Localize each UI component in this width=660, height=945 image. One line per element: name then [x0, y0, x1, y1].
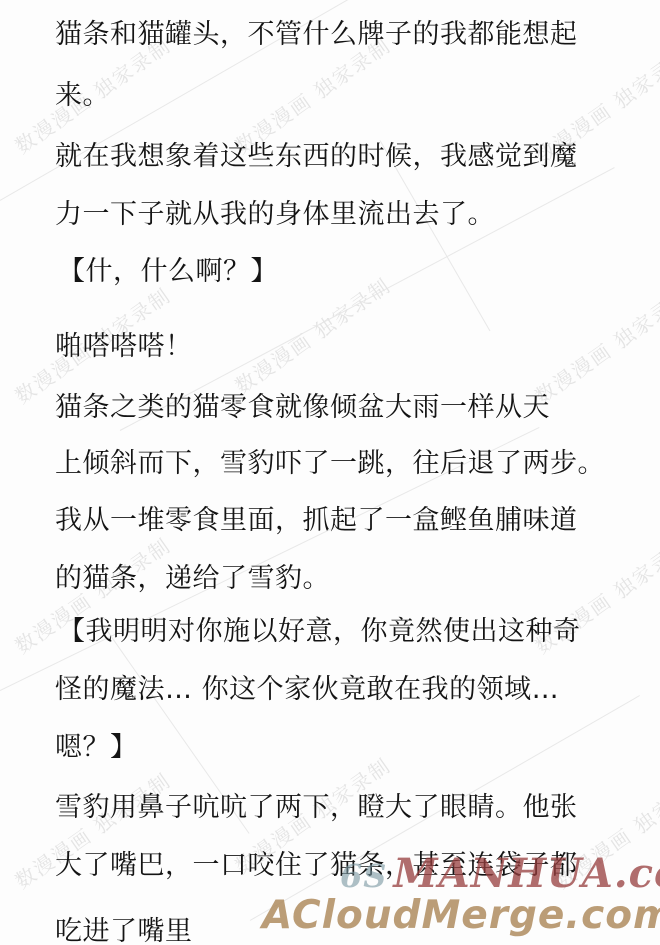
dialogue-line: 嗯？】 — [55, 731, 138, 765]
dialogue-line: 【什，什么啊？】 — [58, 255, 278, 289]
text-line: 猫条和猫罐头，不管什么牌子的我都能想起 — [55, 18, 578, 52]
text-line: 上倾斜而下，雪豹吓了一跳，往后退了两步。 — [55, 447, 605, 481]
document-page: 数漫漫画 独家录制 数漫漫画 独家录制 数漫漫画 独家录制 数漫漫画 独家录制 … — [0, 0, 660, 945]
text-line: 吃进了嘴里 — [55, 915, 193, 945]
text-line: 就在我想象着这些东西的时候，我感觉到魔 — [55, 140, 578, 174]
site-watermark-bottom: ACloudMerge.com — [262, 893, 660, 938]
watermark-prefix: 6S — [340, 857, 387, 895]
background-watermark: 数漫漫画 独家录制 — [228, 270, 396, 399]
text-line: 力一下子就从我的身体里流出去了。 — [55, 198, 495, 232]
dialogue-line: 【我明明对你施以好意，你竟然使出这种奇 — [58, 615, 581, 649]
dialogue-line: 怪的魔法… 你这个家伙竟敢在我的领域… — [55, 673, 559, 707]
sound-effect-line: 啪嗒嗒嗒！ — [55, 330, 193, 364]
site-watermark-top: 6SMANHUA.com — [340, 850, 660, 897]
text-line: 雪豹用鼻子吭吭了两下，瞪大了眼睛。他张 — [55, 791, 578, 825]
text-line: 的猫条，递给了雪豹。 — [55, 562, 330, 596]
text-line: 我从一堆零食里面，抓起了一盒鲣鱼脯味道 — [55, 504, 578, 538]
background-watermark: 数漫漫画 独家录制 — [528, 280, 660, 409]
text-line: 猫条之类的猫零食就像倾盆大雨一样从天 — [55, 391, 550, 425]
text-line: 来。 — [55, 79, 110, 113]
watermark-manhua: MANHUA.com — [393, 850, 660, 897]
